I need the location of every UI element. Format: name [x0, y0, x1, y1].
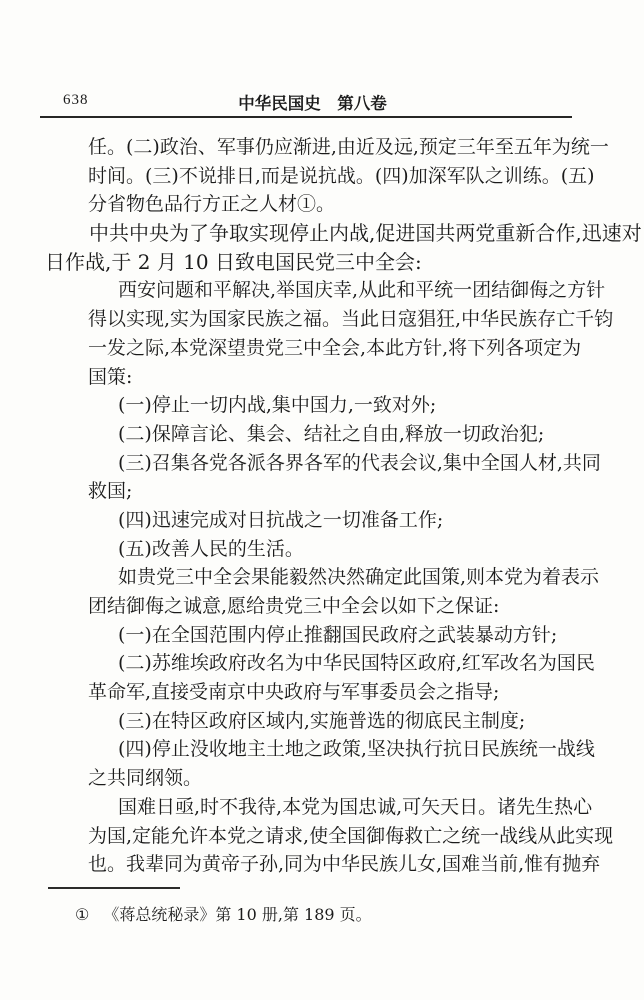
text-line: (三)在特区政府区域内,实施普选的彻底民主制度;: [45, 707, 600, 736]
text-line: 革命军,直接受南京中央政府与军事委员会之指导;: [45, 678, 600, 707]
text-line: 救国;: [45, 477, 600, 506]
text-line: (三)召集各党各派各界各军的代表会议,集中全国人材,共同: [45, 449, 600, 478]
text-line: 之共同纲领。: [45, 764, 600, 793]
text-line: 时间。(三)不说排日,而是说抗战。(四)加深军队之训练。(五): [45, 162, 600, 191]
text-line: (四)停止没收地主土地之政策,坚决执行抗日民族统一战线: [45, 735, 600, 764]
body-text: 任。(二)政治、军事仍应渐进,由近及远,预定三年至五年为统一时间。(三)不说排日…: [45, 133, 600, 879]
text-line: 国策:: [45, 363, 600, 392]
text-line: 如贵党三中全会果能毅然决然确定此国策,则本党为着表示: [45, 563, 600, 592]
text-line: (四)迅速完成对日抗战之一切准备工作;: [45, 506, 600, 535]
text-line: 团结御侮之诚意,愿给贵党三中全会以如下之保证:: [45, 592, 600, 621]
footnote-marker: ①: [75, 905, 89, 924]
text-line: 也。我辈同为黄帝子孙,同为中华民族儿女,国难当前,惟有抛弃: [45, 850, 600, 879]
text-line: 一发之际,本党深望贵党三中全会,本此方针,将下列各项定为: [45, 334, 600, 363]
running-title: 中华民国史 第八卷: [0, 90, 625, 114]
book-page: 638 中华民国史 第八卷 任。(二)政治、军事仍应渐进,由近及远,预定三年至五…: [0, 0, 644, 1000]
text-line: (一)停止一切内战,集中国力,一致对外;: [45, 391, 600, 420]
text-line: 国难日亟,时不我待,本党为国忠诚,可矢天日。诸先生热心: [45, 793, 600, 822]
header-rule: [40, 116, 572, 118]
text-line: 任。(二)政治、军事仍应渐进,由近及远,预定三年至五年为统一: [45, 133, 600, 162]
footnote: ①《蒋总统秘录》第 10 册,第 189 页。: [75, 903, 372, 927]
text-line: (一)在全国范围内停止推翻国民政府之武装暴动方针;: [45, 621, 600, 650]
text-line: 得以实现,实为国家民族之福。当此日寇猖狂,中华民族存亡千钧: [45, 305, 600, 334]
text-line: (五)改善人民的生活。: [45, 535, 600, 564]
text-line: (二)保障言论、集会、结社之自由,释放一切政治犯;: [45, 420, 600, 449]
footnote-text: 《蒋总统秘录》第 10 册,第 189 页。: [103, 905, 371, 924]
text-line: 为国,定能允许本党之请求,使全国御侮救亡之统一战线从此实现: [45, 822, 600, 851]
text-line: 日作战,于 2 月 10 日致电国民党三中全会:: [45, 248, 600, 277]
text-line: 分省物色品行方正之人材①。: [45, 190, 600, 219]
text-line: 西安问题和平解决,举国庆幸,从此和平统一团结御侮之方针: [45, 276, 600, 305]
text-line: (二)苏维埃政府改名为中华民国特区政府,红军改名为国民: [45, 649, 600, 678]
text-line: 中共中央为了争取实现停止内战,促进国共两党重新合作,迅速对: [45, 219, 600, 248]
footnote-rule: [48, 887, 180, 889]
